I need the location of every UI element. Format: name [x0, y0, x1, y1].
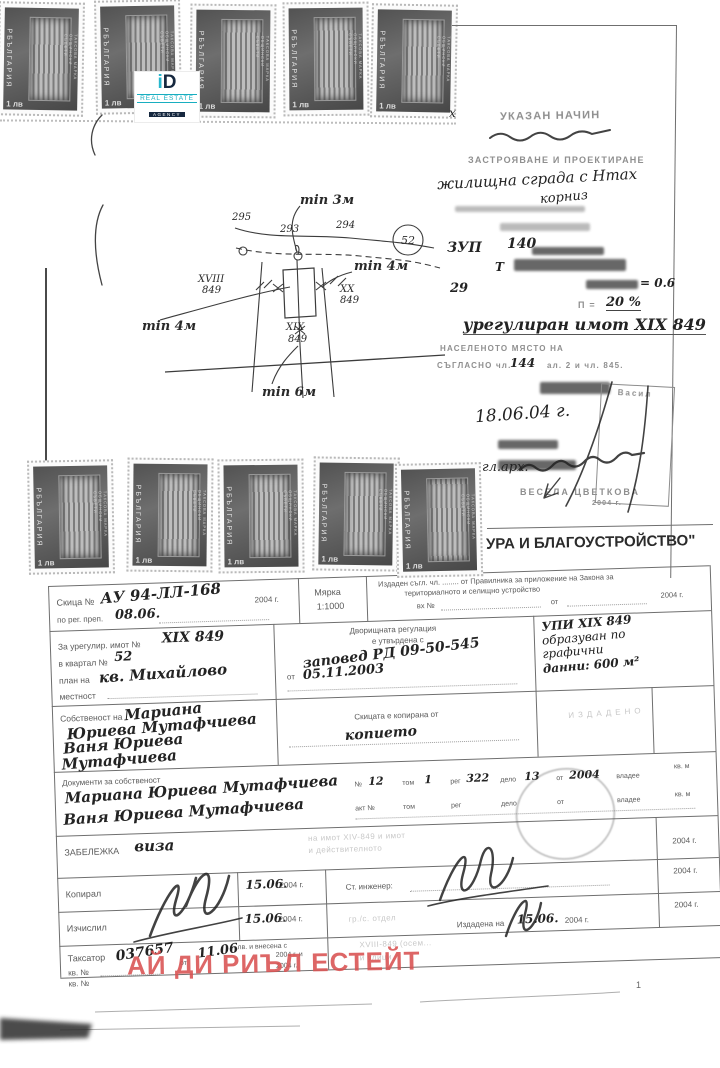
hand-chief-architect: гл.арх. [482, 460, 529, 475]
scan-edge-smudge [0, 1018, 92, 1040]
row-line [57, 857, 719, 879]
dotted-blank [567, 603, 647, 607]
stamp-denomination: 1 лв [406, 561, 423, 570]
parcel-xviii: XVIII [197, 274, 225, 285]
stamp-country-text: РБЪЛГАРИЯ [101, 28, 109, 88]
parcel-xix: XIX [285, 322, 305, 333]
page-number: 1 [636, 980, 641, 990]
min-distance-right: min 4м [354, 259, 408, 274]
stamp-country-text: РБЪЛГАРИЯ [402, 491, 410, 551]
dotted-blank [108, 693, 258, 699]
taxator-label: Таксатор [68, 952, 106, 963]
ink-smudge [500, 223, 590, 231]
col-line [366, 576, 368, 621]
stamp-image: РБЪЛГАРИЯ 1 лв ТАКСОВА МАРКА ОБЩИНСКИ СЪ… [289, 8, 364, 111]
postage-stamp: РБЪЛГАРИЯ 1 лв ТАКСОВА МАРКА ОБЩИНСКИ СЪ… [27, 459, 115, 574]
dotted-blank [159, 619, 269, 623]
scan-artifact-line [95, 1004, 372, 1012]
typed-p-label: П = [578, 300, 596, 310]
yard-regulation-title: Дворищната регулация [349, 624, 436, 636]
dotted-blank [441, 607, 541, 611]
doc-reg2-label: рег [451, 802, 462, 809]
edge-num-293: 293 [279, 224, 299, 235]
hand-building-note: жилищна сграда с Нmax [437, 165, 638, 193]
quarter-number: 52 [401, 234, 415, 247]
ink-smudge [532, 247, 604, 255]
postage-stamp: РБЪЛГАРИЯ 1 лв ТАКСОВА МАРКА ОБЩИНСКИ СЪ… [190, 4, 277, 119]
year-blank: 2004 г. [660, 590, 683, 600]
stamp-country-text: РБЪЛГАРИЯ [225, 486, 233, 546]
stamp-denomination: 1 лв [38, 558, 55, 567]
note-label: ЗАБЕЛЕЖКА [64, 846, 119, 858]
vh-number-label: вх № [417, 601, 435, 611]
note-ghost-line1: на имот XIV-849 и имот [308, 831, 406, 843]
postage-stamp: РБЪЛГАРИЯ 1 лв ТАКСОВА МАРКА ОБЩИНСКИ СЪ… [283, 2, 370, 117]
parcel-xviii-num: 849 [202, 285, 222, 296]
stamp-side-text: ТАКСОВА МАРКА ОБЩИНСКИ СЪВЕТИ [348, 33, 363, 84]
min-distance-bottom: min 6м [262, 385, 316, 400]
real-estate-agency-logo: iD REAL ESTATE AGENCY [135, 72, 199, 122]
table-border [710, 565, 720, 957]
stamp-side-text: ТАКСОВА МАРКА ОБЩИНСКИ СЪВЕТИ [255, 36, 270, 87]
street-lower-line [236, 248, 440, 268]
doc-no-value: 12 [368, 775, 384, 788]
stamp-country-text: РБЪЛГАРИЯ [377, 30, 385, 90]
regulated-plot-value: XIX 849 [161, 628, 224, 646]
building-footprint-square [283, 268, 316, 318]
parcel-xix-num: 849 [288, 334, 308, 345]
col-line [533, 616, 538, 757]
document-top-border [452, 25, 676, 26]
col-line [273, 624, 278, 765]
stamp-box-name: Васил [617, 388, 652, 399]
stamp-denomination: 1 лв [199, 102, 216, 111]
hand-density-value: 20 % [606, 295, 641, 311]
scanned-cadastral-sketch-document: { "logo": { "i": "i", "d": "D", "line1":… [0, 0, 720, 1068]
stamp-side-text: ТАКСОВА МАРКА ОБЩИНСКИ СЪВЕТИ [63, 34, 79, 85]
issued-on-year: 2004 г. [565, 915, 589, 925]
postage-stamp: РБЪЛГАРИЯ 1 лв ТАКСОВА МАРКА ОБЩИНСКИ СЪ… [217, 459, 304, 574]
postage-stamp: РБЪЛГАРИЯ 1 лв ТАКСОВА МАРКА ОБЩИНСКИ СЪ… [0, 1, 85, 116]
agency-watermark-text: АЙ ДИ РИЪЛ ЕСТЕЙТ [127, 945, 421, 981]
stamp-country-text: РБЪЛГАРИЯ [320, 484, 328, 544]
hand-mark-x: х [449, 106, 456, 120]
doc-tom-label: том [402, 780, 414, 787]
stamp-side-text: ТАКСОВА МАРКА ОБЩИНСКИ СЪВЕТИ [283, 490, 299, 541]
postage-stamp: РБЪЛГАРИЯ 1 лв ТАКСОВА МАРКА ОБЩИНСКИ СЪ… [312, 456, 400, 571]
ink-smudge-struck-word [540, 382, 610, 394]
stamp-image: РБЪЛГАРИЯ 1 лв ТАКСОВА МАРКА ОБЩИНСКИ СЪ… [401, 468, 477, 572]
stamp-side-text: ТАКСОВА МАРКА ОБЩИНСКИ СЪВЕТИ [192, 490, 208, 541]
doc-kvm2-label: кв. м [675, 791, 691, 798]
col-line [651, 687, 654, 753]
doc-reg-label: рег [450, 778, 461, 785]
ink-smudge [586, 280, 638, 289]
hand-regulated-plot: урегулиран имот XIX 849 [463, 315, 706, 335]
calculated-year: 2004 г. [674, 900, 698, 910]
stamp-country-text: РБЪЛГАРИЯ [134, 485, 142, 545]
doc-kvm-label: кв. м [674, 763, 690, 770]
issued-on-label: Издадена на [457, 919, 505, 929]
note-year: 2004 г. [672, 836, 696, 846]
logo-letter-d: D [163, 72, 177, 93]
stamp-side-text: ТАКСОВА МАРКА ОБЩИНСКИ СЪВЕТИ [460, 494, 476, 545]
stamp-denomination: 1 лв [105, 98, 122, 107]
skica-year: 2004 г. [254, 595, 278, 605]
copied-date-year: 2004 г. [279, 880, 303, 890]
calculated-date-year: 2004 г. [278, 914, 302, 924]
stamp-denomination: 1 лв [379, 101, 396, 110]
doc-tom2-label: том [403, 804, 415, 811]
boundary-point [239, 247, 247, 255]
stamp-denomination: 1 лв [321, 555, 338, 564]
copied-year: 2004 г. [673, 866, 697, 876]
parcel-left-boundary [252, 262, 262, 392]
stray-curve-mark [91, 115, 103, 285]
stamp-country-text: РБЪЛГАРИЯ [34, 488, 42, 548]
scribble-under-ukazan [490, 130, 610, 141]
issued-on-value: 15.06. [516, 911, 558, 926]
postage-stamp: РБЪЛГАРИЯ 1 лв ТАКСОВА МАРКА ОБЩИНСКИ СЪ… [370, 3, 458, 118]
header-rule [487, 524, 713, 529]
hatch-marks [256, 276, 346, 290]
hand-144: 144 [510, 356, 535, 370]
dotted-blank [289, 739, 519, 747]
plan-label: план на [59, 675, 90, 686]
engineer-label: Ст. инженер: [345, 881, 392, 891]
leader-left [160, 287, 290, 320]
reg-prep-label: по рег. преп. [57, 614, 103, 624]
kv-no-label2: кв. № [68, 979, 89, 989]
doc-tom-value: 1 [424, 773, 432, 786]
reg-prep-value: 08.06. [115, 606, 161, 622]
stamp-image: РБЪЛГАРИЯ 1 лв ТАКСОВА МАРКА ОБЩИНСКИ СЪ… [318, 462, 393, 565]
edge-num-294: 294 [335, 220, 355, 231]
stamp-image: РБЪЛГАРИЯ 1 лв ТАКСОВА МАРКА ОБЩИНСКИ СЪ… [33, 465, 109, 568]
quarter-label: в квартал № [58, 657, 108, 669]
postage-stamp: РБЪЛГАРИЯ 1 лв ТАКСОВА МАРКА ОБЩИНСКИ СЪ… [126, 458, 213, 573]
perforation-line [0, 119, 456, 124]
scan-artifact-line [420, 992, 620, 1002]
sketch-form-table: Скица № АУ 94-ЛЛ-168 2004 г. по рег. пре… [48, 565, 720, 978]
logo-real-estate-text: REAL ESTATE [137, 94, 197, 103]
stamp-side-text: ТАКСОВА МАРКА ОБЩИНСКИ СЪВЕТИ [436, 36, 452, 87]
typed-vesela-tsvetkova: ВЕСЕЛА ЦВЕТКОВА [520, 487, 640, 497]
stamp-denomination: 1 лв [227, 557, 244, 566]
doc-vladee-label: владее [616, 773, 640, 781]
scan-artifact-line [60, 1026, 300, 1030]
stamp-denomination: 1 лв [6, 99, 23, 108]
logo-monogram: iD [135, 72, 199, 94]
copied-from-label: Скицата е копирана от [354, 710, 439, 722]
note-ghost-line2: и действителното [308, 844, 382, 855]
col-line [298, 578, 300, 623]
calculated-by-label: Изчислил [67, 922, 107, 933]
issued-stamp-ghost: ИЗДАДЕНО [568, 706, 645, 720]
parcel-right-boundary [322, 268, 334, 397]
hand-t: Т [495, 260, 504, 274]
row-line [58, 891, 720, 913]
dotted-blank [287, 683, 517, 691]
parcel-xx: XX [339, 284, 355, 295]
typed-al2: ал. 2 и чл. 845. [547, 361, 624, 370]
stamp-image: РБЪЛГАРИЯ 1 лв ТАКСОВА МАРКА ОБЩИНСКИ СЪ… [376, 9, 452, 112]
min-distance-left: min 4м [142, 319, 196, 334]
stamp-denomination: 1 лв [135, 556, 152, 565]
edge-num-295: 295 [231, 212, 251, 223]
quarter-value: 52 [114, 649, 133, 665]
hand-kint-value: = 0.6 [640, 276, 675, 290]
stamp-image: РБЪЛГАРИЯ 1 лв ТАКСОВА МАРКА ОБЩИНСКИ СЪ… [223, 465, 298, 568]
doc-akt-label: акт № [355, 805, 375, 813]
kv-no-label: кв. № [68, 968, 89, 978]
min-distance-top: min 3м [300, 193, 354, 208]
order-ot-label: от [287, 672, 295, 681]
stamp-country-text: РБЪЛГАРИЯ [290, 29, 298, 89]
cross-mark [316, 282, 326, 290]
parcel-xx-num: 849 [340, 295, 360, 306]
scale-label: Мярка [314, 587, 341, 598]
document-title-fragment: УРА И БЛАГОУСТРОЙСТВО" [486, 532, 696, 553]
doc-delo-label: дело [500, 776, 516, 783]
ink-smudge [455, 206, 585, 212]
doc-delo2-label: дело [501, 800, 517, 807]
stamp-denomination: 1 лв [292, 100, 309, 109]
copied-from-value: копието [344, 723, 417, 744]
hand-date: 18.06.04 г. [474, 401, 570, 428]
scale-value: 1:1000 [317, 601, 345, 612]
doc-vladee2-label: владее [617, 796, 641, 804]
stamp-image: РБЪЛГАРИЯ 1 лв ТАКСОВА МАРКА ОБЩИНСКИ СЪ… [132, 464, 207, 567]
stamp-image: РБЪЛГАРИЯ 1 лв ТАКСОВА МАРКА ОБЩИНСКИ СЪ… [3, 7, 79, 110]
note-value: виза [134, 836, 175, 855]
ink-smudge [514, 259, 626, 271]
locality-label: местност [59, 691, 96, 702]
otdel-label: гр./с. отдел [348, 913, 396, 923]
postage-stamp: РБЪЛГАРИЯ 1 лв ТАКСОВА МАРКА ОБЩИНСКИ СЪ… [395, 462, 483, 578]
skica-label: Скица № [56, 597, 94, 608]
ink-smudge [498, 440, 558, 449]
hand-korniz-note: корниз [539, 188, 588, 207]
stamp-side-text: ТАКСОВА МАРКА ОБЩИНСКИ СЪВЕТИ [378, 489, 394, 540]
doc-reg-value: 322 [466, 771, 489, 785]
typed-year-small: 2004 г. [592, 500, 622, 507]
doc-no-label: № [354, 781, 362, 788]
copied-by-label: Копирал [66, 888, 102, 899]
bottom-street-line [165, 355, 445, 372]
stamp-side-text: ТАКСОВА МАРКА ОБЩИНСКИ СЪВЕТИ [93, 491, 109, 542]
stamp-image: РБЪЛГАРИЯ 1 лв ТАКСОВА МАРКА ОБЩИНСКИ СЪ… [196, 10, 271, 113]
dotted-blank [410, 885, 610, 892]
cross-mark [273, 284, 283, 292]
document-right-border [670, 25, 677, 578]
site-plan-diagram: 295 293 294 52 XVIII 849 XX 849 XIX 849 … [140, 190, 460, 410]
logo-agency-text: AGENCY [149, 112, 185, 117]
stamp-country-text: РБЪЛГАРИЯ [4, 28, 12, 88]
typed-zastroyavane: ЗАСТРОЯВАНЕ И ПРОЕКТИРАНЕ [468, 155, 645, 165]
ot-label: от [551, 597, 559, 606]
col-line [656, 817, 660, 927]
typed-ukazan-nachin: УКАЗАН НАЧИН [500, 109, 601, 123]
